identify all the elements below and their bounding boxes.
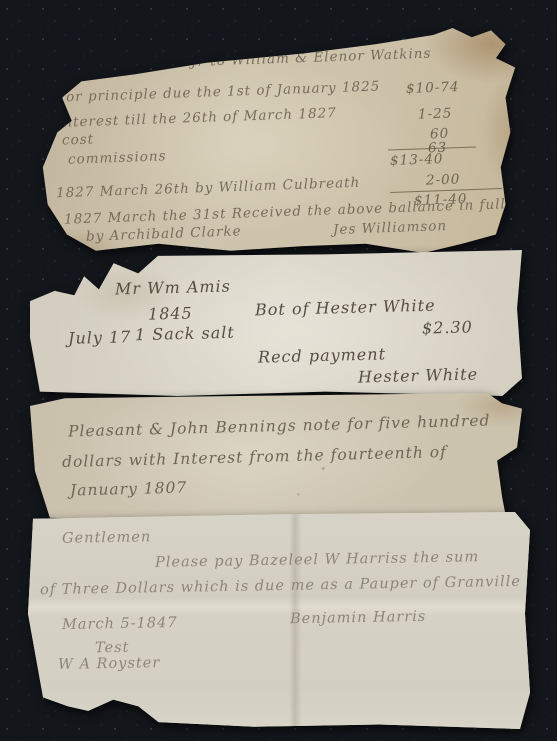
doc2-signature: Hester White xyxy=(358,364,478,386)
doc1-cost-label: cost xyxy=(62,131,95,148)
doc2-date: July 17 xyxy=(68,327,132,348)
document-1-account-1827: James Holcomb Jr to William & Elenor Wat… xyxy=(38,28,520,260)
doc4-witness-signature: W A Royster xyxy=(58,655,160,673)
doc1-commissions-label: commissions xyxy=(68,148,167,167)
doc2-addressee: Mr Wm Amis xyxy=(115,276,231,298)
doc1-payment-amount: 2-00 xyxy=(426,171,461,188)
doc2-received-payment: Recd payment xyxy=(258,344,386,366)
document-3-note-1807: Pleasant & John Bennings note for five h… xyxy=(25,393,522,523)
doc1-total-amount: $13-40 xyxy=(390,151,444,169)
doc1-signature: Jes Williamson xyxy=(333,218,448,238)
doc1-principal-amount: $10-74 xyxy=(406,79,460,97)
document-4-paper: Gentlemen Please pay Bazeleel W Harriss … xyxy=(28,512,530,738)
doc3-line-3: January 1807 xyxy=(70,478,188,499)
document-1-paper: James Holcomb Jr to William & Elenor Wat… xyxy=(38,28,520,260)
doc4-date: March 5-1847 xyxy=(62,615,178,633)
doc1-principal-line: for principle due the 1st of January 182… xyxy=(60,78,381,105)
doc2-price: $2.30 xyxy=(422,317,473,337)
doc3-line-1: Pleasant & John Bennings note for five h… xyxy=(68,411,491,440)
doc4-body-line-1: Please pay Bazeleel W Harriss the sum xyxy=(155,549,479,571)
document-2-receipt-1845: Mr Wm Amis 1845 Bot of Hester White July… xyxy=(30,250,522,396)
doc1-interest-line: interest till the 26th of March 1827 xyxy=(58,105,337,131)
document-2-paper: Mr Wm Amis 1845 Bot of Hester White July… xyxy=(30,250,522,396)
doc1-title-line: James Holcomb Jr to William & Elenor Wat… xyxy=(66,46,432,75)
doc1-by-line: by Archibald Clarke xyxy=(86,223,242,244)
doc1-payment-line: 1827 March 26th by William Culbreath xyxy=(56,175,361,202)
doc2-seller-line: Bot of Hester White xyxy=(255,296,436,320)
doc3-line-2: dollars with Interest from the fourteent… xyxy=(62,443,447,471)
photograph-of-documents: James Holcomb Jr to William & Elenor Wat… xyxy=(0,0,557,741)
doc2-item: 1 Sack salt xyxy=(135,323,235,345)
doc4-signature: Benjamin Harris xyxy=(290,609,427,627)
doc4-salutation: Gentlemen xyxy=(62,529,151,547)
document-4-order-1847: Gentlemen Please pay Bazeleel W Harriss … xyxy=(28,512,530,738)
doc4-body-line-2: of Three Dollars which is due me as a Pa… xyxy=(40,574,521,598)
document-3-paper: Pleasant & John Bennings note for five h… xyxy=(25,393,522,523)
doc4-attest-label: Test xyxy=(95,640,130,657)
doc1-interest-amount: 1-25 xyxy=(418,105,453,122)
doc2-year: 1845 xyxy=(148,303,193,323)
